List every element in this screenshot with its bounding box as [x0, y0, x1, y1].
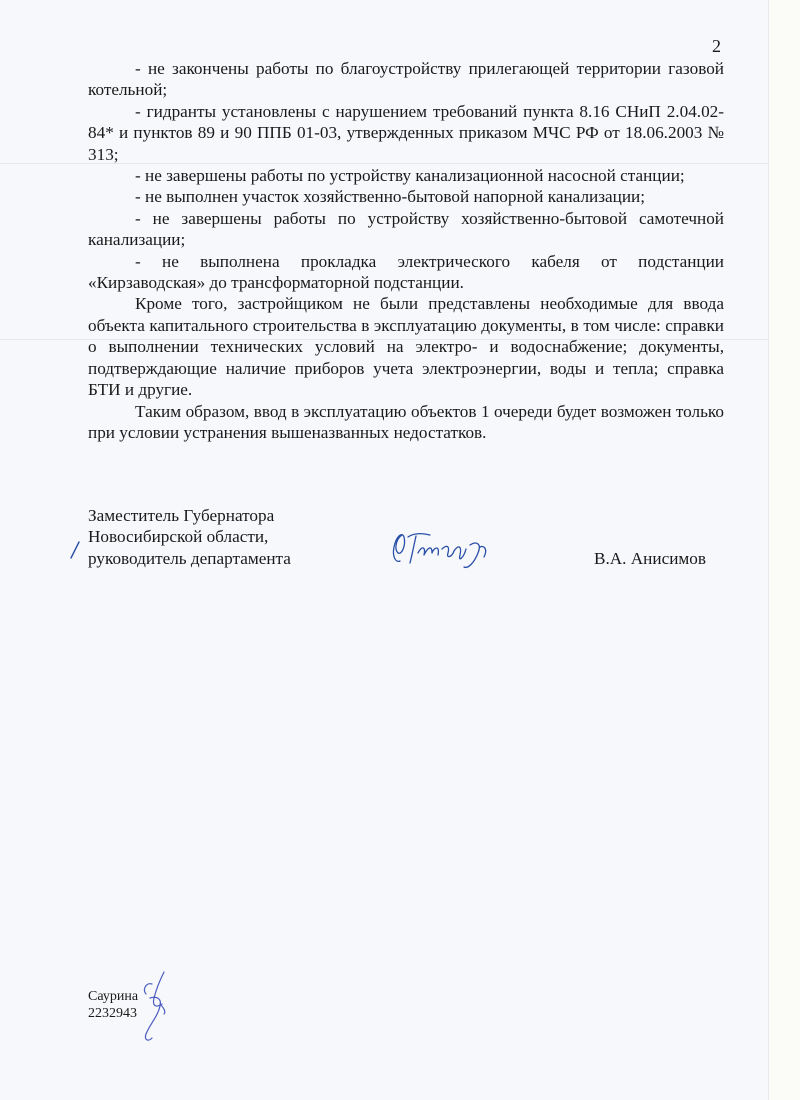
executor-info: Саурина 2232943 — [88, 989, 138, 1022]
list-item-electric-cable: - не выполнена прокладка электрического … — [88, 251, 724, 294]
margin-pen-mark-icon — [68, 540, 82, 560]
list-item-pumping-station: - не завершены работы по устройству кана… — [88, 165, 724, 186]
executor-initials-icon — [138, 968, 178, 1043]
document-body: - не закончены работы по благоустройству… — [88, 58, 724, 443]
paragraph-missing-documents: Кроме того, застройщиком не были предста… — [88, 293, 724, 400]
signer-name: В.А. Анисимов — [594, 548, 706, 569]
executor-phone: 2232943 — [88, 1006, 138, 1023]
list-item-gravity-sewer: - не завершены работы по устройству хозя… — [88, 208, 724, 251]
list-item-hydrants: - гидранты установлены с нарушением треб… — [88, 101, 724, 165]
paragraph-conclusion: Таким образом, ввод в эксплуатацию объек… — [88, 401, 724, 444]
page-number: 2 — [712, 36, 721, 57]
list-item-pressure-sewer: - не выполнен участок хозяйственно-бытов… — [88, 186, 724, 207]
list-item-landscaping: - не закончены работы по благоустройству… — [88, 58, 724, 101]
executor-name: Саурина — [88, 989, 138, 1006]
signer-position-line: Заместитель Губернатора — [88, 505, 728, 526]
handwritten-signature-icon — [388, 527, 498, 572]
